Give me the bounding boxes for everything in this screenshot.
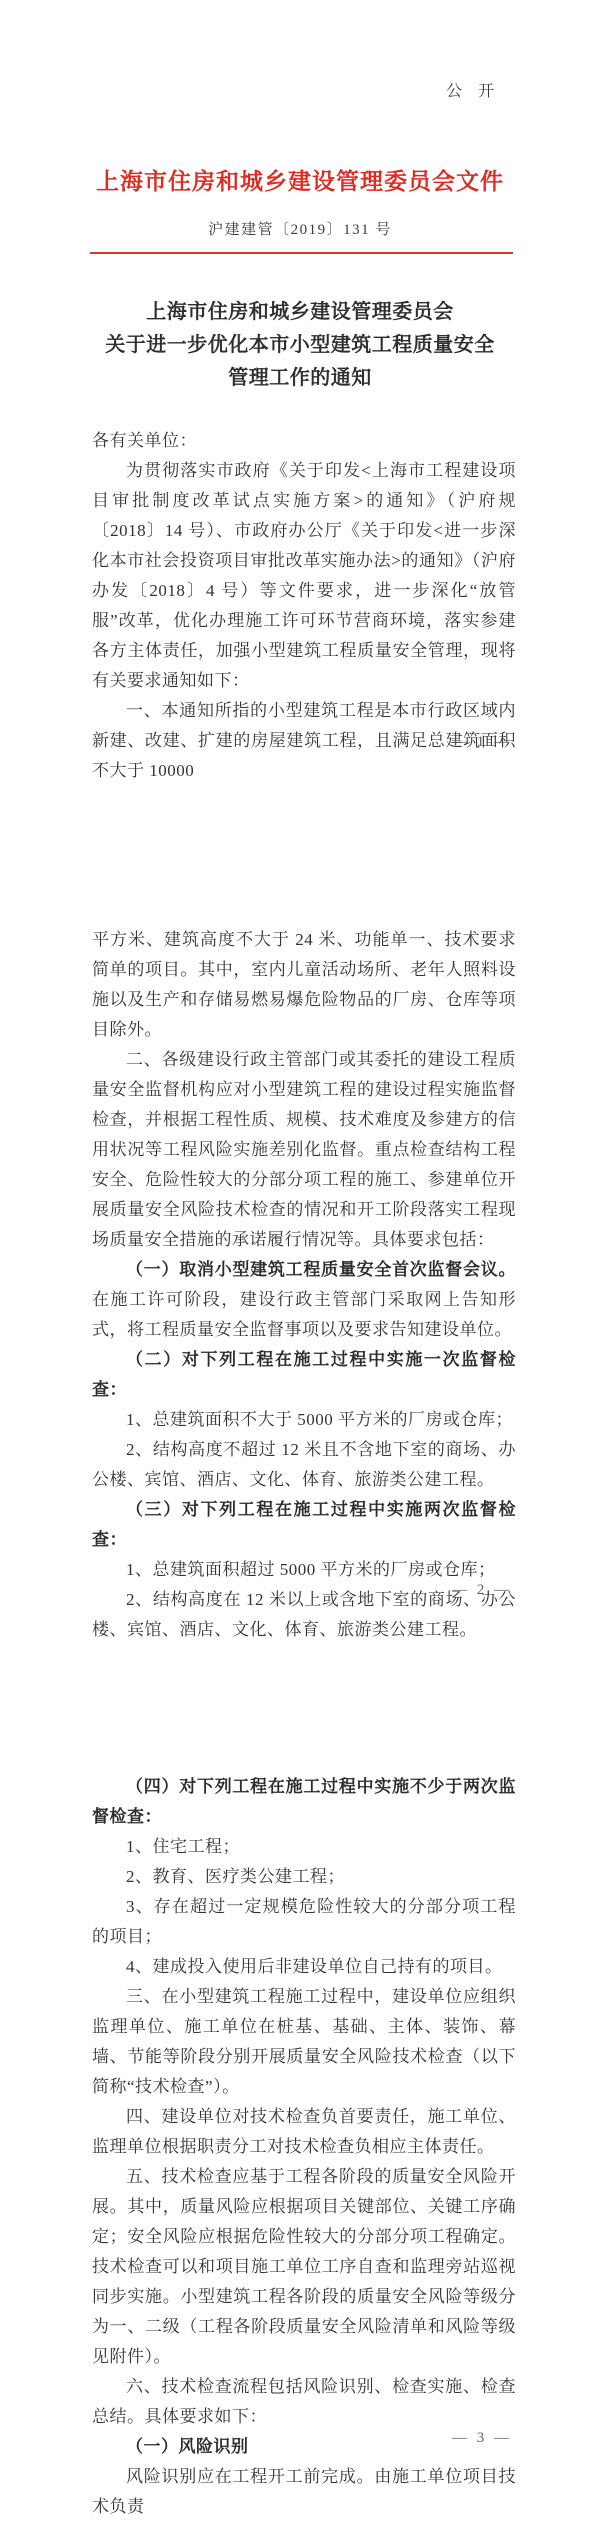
paragraph-item-1: （一）取消小型建筑工程质量安全首次监督会议。在施工许可阶段，建设行政主管部门采取… [92,1255,516,1345]
page-number-1: — 1 — [452,734,512,751]
paragraph-clause-6: 六、技术检查流程包括风险识别、检查实施、检查总结。具体要求如下： [92,2372,516,2432]
document-title: 上海市住房和城乡建设管理委员会 关于进一步优化本市小型建筑工程质量安全 管理工作… [0,296,600,395]
item-4-heading: （四）对下列工程在施工过程中实施不少于两次监督检查： [92,1772,516,1832]
item-2-subitem-2: 2、结构高度不超过 12 米且不含地下室的商场、办公楼、宾馆、酒店、文化、体育、… [92,1435,516,1495]
page-1-body: 各有关单位： 为贯彻落实市政府《关于印发<上海市工程建设项目审批制度改革试点实施… [92,426,516,786]
page-number-3: — 3 — [452,2430,512,2447]
item-1-text: 在施工许可阶段，建设行政主管部门采取网上告知形式，将工程质量安全监督事项以及要求… [92,1290,516,1339]
page-2-body: 平方米、建筑高度不大于 24 米、功能单一、技术要求简单的项目。其中，室内儿童活… [92,925,516,1645]
item-4-subitem-3: 3、存在超过一定规模危险性较大的分部分项工程的项目； [92,1892,516,1952]
document-title-line-3: 管理工作的通知 [0,362,600,395]
item-3-subitem-1: 1、总建筑面积超过 5000 平方米的厂房或仓库； [92,1555,516,1585]
paragraph-clause-1-continuation: 平方米、建筑高度不大于 24 米、功能单一、技术要求简单的项目。其中，室内儿童活… [92,925,516,1045]
paragraph-clause-4: 四、建设单位对技术检查负首要责任，施工单位、监理单位根据职责分工对技术检查负相应… [92,2102,516,2162]
item-1-heading: （一）取消小型建筑工程质量安全首次监督会议。 [126,1260,516,1279]
item-2-heading: （二）对下列工程在施工过程中实施一次监督检查： [92,1345,516,1405]
salutation: 各有关单位： [92,426,516,456]
document-title-line-2: 关于进一步优化本市小型建筑工程质量安全 [0,329,600,362]
page-3: （四）对下列工程在施工过程中实施不少于两次监督检查： 1、住宅工程； 2、教育、… [0,1696,600,2544]
masthead-title: 上海市住房和城乡建设管理委员会文件 [0,163,600,196]
item-3-heading: （三）对下列工程在施工过程中实施两次监督检查： [92,1495,516,1555]
item-4-subitem-4: 4、建成投入使用后非建设单位自己持有的项目。 [92,1952,516,1982]
page-1: 公 开 上海市住房和城乡建设管理委员会文件 沪建建管〔2019〕131 号 上海… [0,0,600,848]
page-2: 平方米、建筑高度不大于 24 米、功能单一、技术要求简单的项目。其中，室内儿童活… [0,848,600,1696]
document-number: 沪建建管〔2019〕131 号 [0,218,600,239]
paragraph-intro: 为贯彻落实市政府《关于印发<上海市工程建设项目审批制度改革试点实施方案>的通知》… [92,456,516,696]
page-3-body: （四）对下列工程在施工过程中实施不少于两次监督检查： 1、住宅工程； 2、教育、… [92,1772,516,2522]
document-viewer: { "page1": { "classification": "公 开", "m… [0,0,600,2544]
paragraph-clause-5: 五、技术检查应基于工程各阶段的质量安全风险开展。其中，质量风险应根据项目关键部位… [92,2162,516,2372]
masthead-divider [90,252,513,254]
paragraph-clause-3: 三、在小型建筑工程施工过程中，建设单位应组织监理单位、施工单位在桩基、基础、主体… [92,1982,516,2102]
paragraph-clause-2: 二、各级建设行政主管部门或其委托的建设工程质量安全监督机构应对小型建筑工程的建设… [92,1045,516,1255]
item-4-subitem-1: 1、住宅工程； [92,1832,516,1862]
page-number-2: — 2 — [452,1582,512,1599]
document-title-line-1: 上海市住房和城乡建设管理委员会 [0,296,600,329]
paragraph-risk-identification: 风险识别应在工程开工前完成。由施工单位项目技术负责 [92,2462,516,2522]
item-2-subitem-1: 1、总建筑面积不大于 5000 平方米的厂房或仓库； [92,1405,516,1435]
classification-mark: 公 开 [446,78,500,101]
item-4-subitem-2: 2、教育、医疗类公建工程； [92,1862,516,1892]
